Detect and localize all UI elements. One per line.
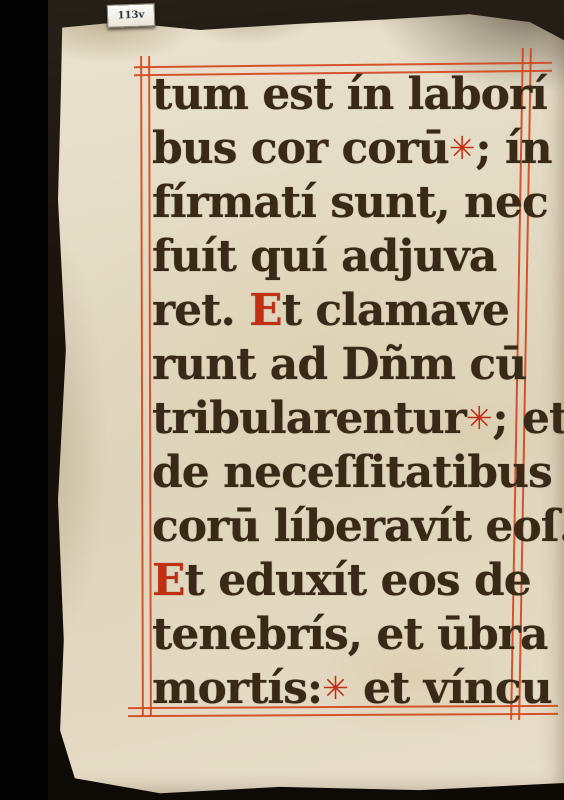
ink-text: et víncu <box>349 663 552 714</box>
ruled-border-left <box>140 56 152 716</box>
ink-text: bus cor corū <box>152 123 449 174</box>
rubric-star-icon: ✳ <box>322 671 349 707</box>
text-line: mortís:✳ et víncu <box>152 662 564 716</box>
ink-text: ; ín <box>475 123 551 174</box>
ink-text: mortís: <box>152 663 322 714</box>
text-line: de neceſſitatibus <box>152 446 564 500</box>
text-line: tum est ín laborí <box>152 68 564 122</box>
ink-text: corū líberavít eoſ. <box>152 501 564 552</box>
text-line: runt ad Dñm cū <box>152 338 564 392</box>
ink-text: ; et <box>492 393 564 444</box>
text-line: Et eduxít eos de <box>152 554 564 608</box>
ink-text: tribularentur <box>152 393 466 444</box>
ink-text: fírmatí sunt, nec <box>152 177 548 228</box>
parchment-page: tum est ín laboríbus cor corū✳; ínfírmat… <box>38 8 564 794</box>
rubric-star-icon: ✳ <box>466 401 493 437</box>
ink-text: tenebrís, et ūbra <box>152 609 547 660</box>
ink-text: ret. <box>152 285 249 336</box>
rubric-star-icon: ✳ <box>449 131 476 167</box>
text-line: tenebrís, et ūbra <box>152 608 564 662</box>
ink-text: tum est ín laborí <box>152 69 547 120</box>
ink-text: t clamave <box>282 285 509 336</box>
text-line: ret. Et clamave <box>152 284 564 338</box>
ink-text: de neceſſitatibus <box>152 447 552 498</box>
rubric-initial: E <box>152 555 185 606</box>
ink-text: fuít quí adjuva <box>152 231 496 282</box>
rubric-initial: E <box>249 285 282 336</box>
manuscript-photo: tum est ín laboríbus cor corū✳; ínfírmat… <box>0 0 564 800</box>
ink-text: t eduxít eos de <box>185 555 531 606</box>
text-line: tribularentur✳; et <box>152 392 564 446</box>
text-line: bus cor corū✳; ín <box>152 122 564 176</box>
text-line: fuít quí adjuva <box>152 230 564 284</box>
text-block: tum est ín laboríbus cor corū✳; ínfírmat… <box>152 68 564 716</box>
folio-number-sticker: 113v <box>107 3 156 28</box>
text-line: corū líberavít eoſ. <box>152 500 564 554</box>
text-line: fírmatí sunt, nec <box>152 176 564 230</box>
ink-text: runt ad Dñm cū <box>152 339 526 390</box>
